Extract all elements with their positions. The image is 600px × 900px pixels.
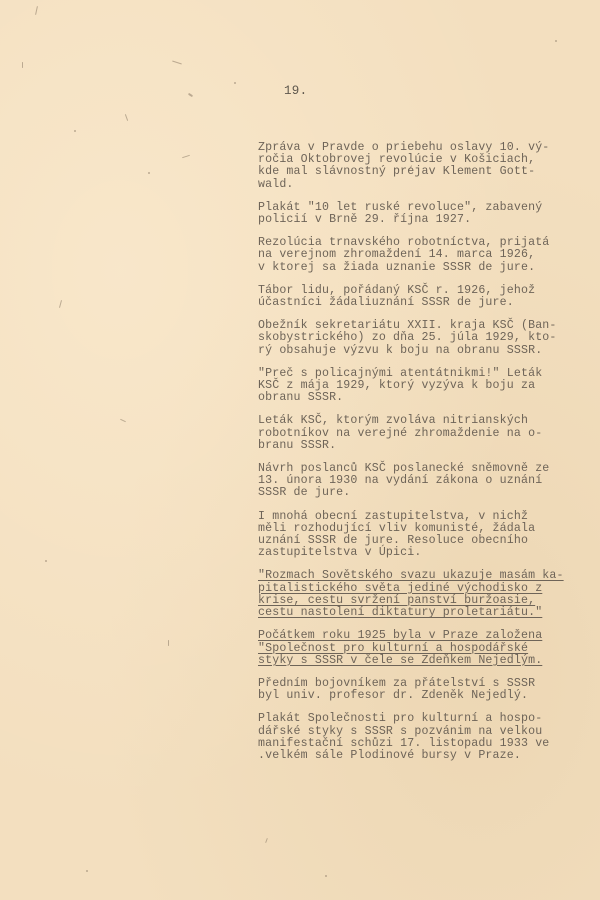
paragraph-pravda-report: Zpráva v Pravde o priebehu oslavy 10. vý… [258, 142, 598, 191]
paper-speck [120, 419, 126, 422]
text-line: skobystrického) zo dňa 25. júla 1929, kt… [258, 332, 598, 344]
paragraph-society-founding: Počátkem roku 1925 byla v Praze založena… [258, 630, 598, 667]
paper-speck [325, 875, 327, 877]
paragraph-leaflet-nitra: Leták KSČ, ktorým zvoláva nitrianskýchro… [258, 415, 598, 452]
paragraph-quote-soviet-union: "Rozmach Sovětského svazu ukazuje masám … [258, 570, 598, 619]
paragraph-rally-1926: Tábor lidu, pořádaný KSČ r. 1926, jehožú… [258, 285, 598, 309]
paper-speck [35, 6, 38, 15]
paragraph-nejedly: Předním bojovníkem za přátelství s SSSRb… [258, 678, 598, 702]
paper-speck [22, 62, 23, 68]
text-line: wald. [258, 179, 598, 191]
paper-speck [234, 82, 236, 84]
paper-speck [182, 155, 190, 158]
text-line: "Společnost pro kulturní a hospodářské [258, 643, 598, 655]
text-line: .velkém sále Plodinové bursy v Praze. [258, 750, 598, 762]
document-body: Zpráva v Pravde o priebehu oslavy 10. vý… [258, 142, 598, 773]
text-line: rý obsahuje výzvu k boju na obranu SSSR. [258, 345, 598, 357]
text-line: cestu nastolení diktatury proletariátu." [258, 607, 598, 619]
text-line: Plakát Společnosti pro kulturní a hospo- [258, 713, 598, 725]
paragraph-parliament-motion: Návrh poslanců KSČ poslanecké sněmovně z… [258, 463, 598, 500]
text-line: styky s SSSR v čele se Zdeňkem Nejedlým. [258, 655, 598, 667]
paper-speck [74, 130, 76, 132]
paper-speck [168, 640, 169, 646]
paper-speck [59, 300, 62, 308]
text-line: "Rozmach Sovětského svazu ukazuje masám … [258, 570, 598, 582]
text-line: obranu SSSR. [258, 392, 598, 404]
text-line: účastníci žádaliuznání SSSR de jure. [258, 297, 598, 309]
paragraph-leaflet-may-1929: "Preč s policajnými atentátnikmi!" Leták… [258, 368, 598, 405]
text-line: policií v Brně 29. října 1927. [258, 214, 598, 226]
paper-speck [188, 93, 193, 98]
page-number: 19. [284, 84, 307, 98]
text-line: byl univ. profesor dr. Zdeněk Nejedlý. [258, 690, 598, 702]
text-line: v ktorej sa žiada uznanie SSSR de jure. [258, 262, 598, 274]
paper-speck [172, 60, 182, 64]
paragraph-society-poster: Plakát Společnosti pro kulturní a hospo-… [258, 713, 598, 762]
text-line: zastupitelstva v Úpici. [258, 547, 598, 559]
text-line: dářské styky s SSSR s pozvánim na velkou [258, 726, 598, 738]
paper-speck [148, 172, 150, 174]
text-line: Leták KSČ, ktorým zvoláva nitrianských [258, 415, 598, 427]
paragraph-municipal-councils: I mnohá obecní zastupitelstva, v nichžmě… [258, 511, 598, 560]
paragraph-trnava-resolution: Rezolúcia trnavského robotníctva, prijat… [258, 237, 598, 274]
paragraph-circular-region-xxii: Obežník sekretariátu XXII. kraja KSČ (Ba… [258, 320, 598, 357]
paragraph-poster-revolution: Plakát "10 let ruské revoluce", zabavený… [258, 202, 598, 226]
paper-speck [555, 40, 557, 42]
text-line: kde mal slávnostný prejav Klement Gott- [258, 166, 598, 178]
text-line: SSSR de jure. [258, 487, 598, 499]
paper-speck [125, 114, 128, 121]
text-line: na verejnom zhromaždení 14. marca 1926, [258, 249, 598, 261]
paper-speck [265, 838, 268, 843]
paper-speck [86, 870, 88, 872]
text-line: Počátkem roku 1925 byla v Praze založena [258, 630, 598, 642]
paper-speck [45, 560, 47, 562]
text-line: branu SSSR. [258, 440, 598, 452]
